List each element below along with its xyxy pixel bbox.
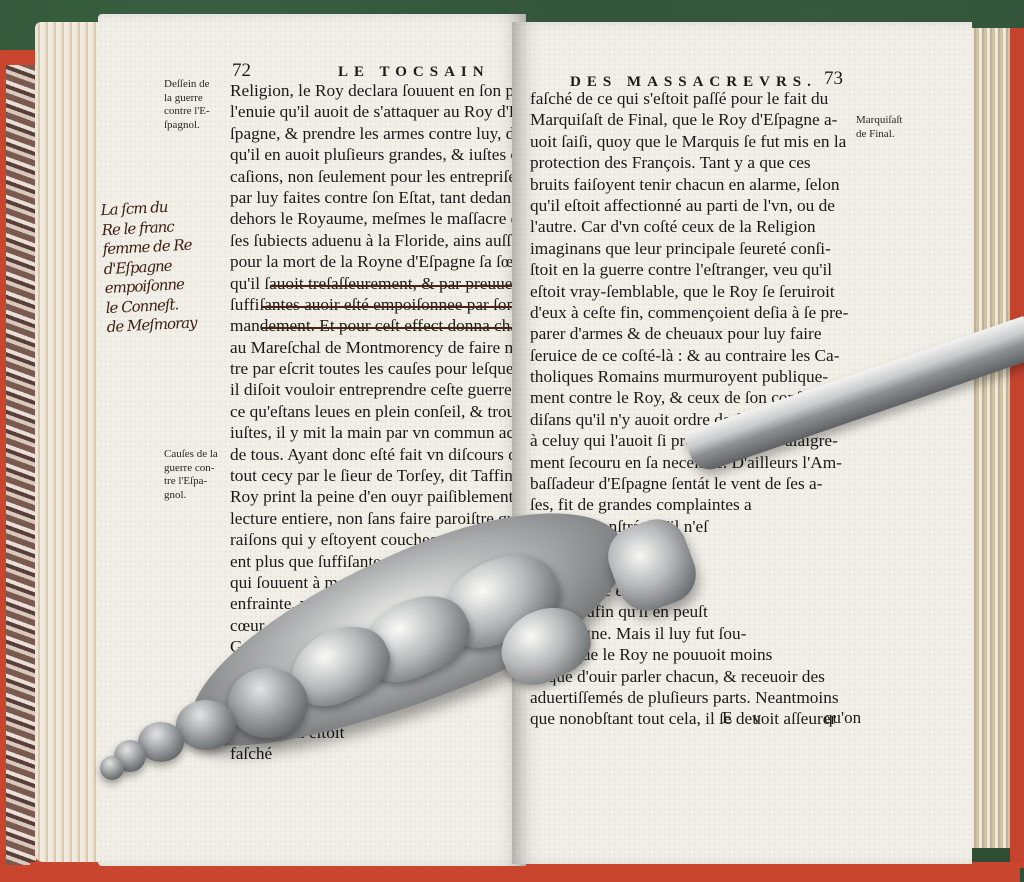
page-number: 73: [824, 68, 843, 90]
marbled-endpaper: [6, 65, 36, 865]
page-block-right: [968, 28, 1010, 848]
running-head: LE TOCSAIN: [338, 64, 490, 81]
margin-note: Cauſes de la guerre con- tre l'Eſpa- gno…: [164, 448, 218, 502]
margin-note: Marquiſaſt de Final.: [856, 114, 902, 141]
handle-tip: [100, 756, 124, 780]
page-number: 72: [232, 60, 251, 82]
handwritten-annotation: La ſcm du Re le franc femme de Re d'Eſpa…: [100, 195, 230, 351]
signature-mark: E v: [722, 708, 769, 728]
ink-underline: [262, 327, 512, 329]
margin-note: Deſſein de la guerre contre l'E- ſpagnol…: [164, 78, 210, 132]
handle-knob: [228, 668, 308, 738]
ink-underline: [270, 285, 526, 287]
catchword: qu'on: [824, 708, 861, 728]
ink-underline: [262, 306, 526, 308]
page-block-left: [35, 22, 105, 862]
handle-knob: [176, 700, 236, 750]
red-cover-right: [1010, 28, 1024, 868]
